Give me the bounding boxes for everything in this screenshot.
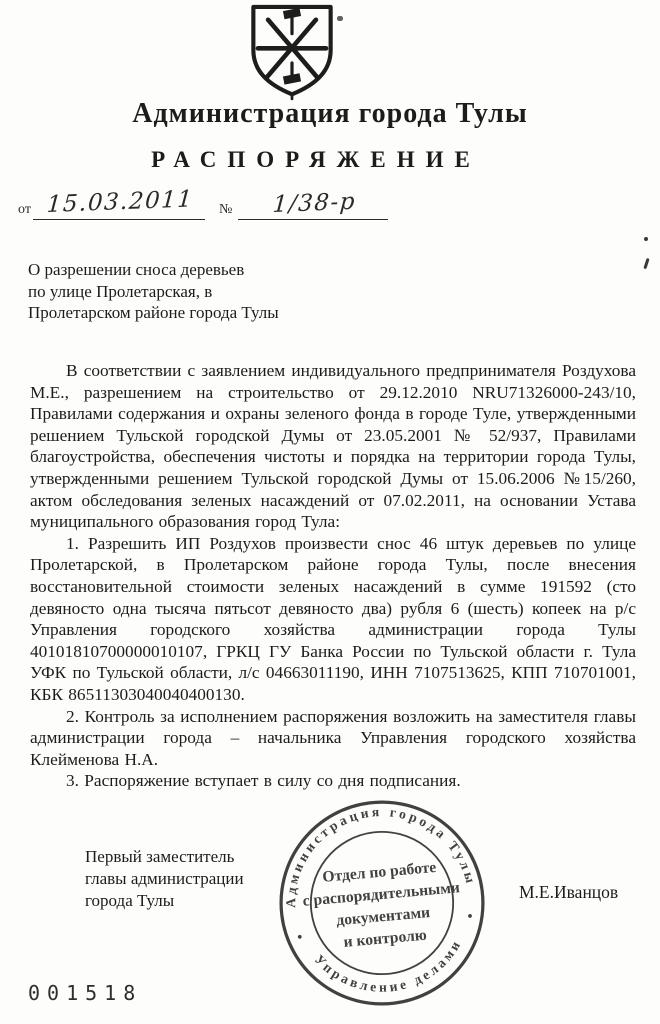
body-paragraph-item-1: 1. Разрешить ИП Роздухов произвести снос… <box>30 533 636 706</box>
stamp-separator-left: • <box>296 929 303 945</box>
body-paragraph-preamble: В соответствии с заявлением индивидуальн… <box>30 360 636 533</box>
scan-speck <box>643 258 649 269</box>
date-label: от <box>18 202 31 217</box>
signer-title-line: города Тулы <box>85 890 244 912</box>
document-page: Администрация города Тулы РАСПОРЯЖЕНИЕ о… <box>0 0 660 1024</box>
stamp-center-line: и контролю <box>343 927 428 951</box>
body-paragraph-item-3: 3. Распоряжение вступает в силу со дня п… <box>30 770 636 792</box>
signer-title-line: Первый заместитель <box>85 846 244 868</box>
stamp-center-line: документами <box>336 904 431 929</box>
number-label: № <box>219 202 232 217</box>
signer-title: Первый заместитель главы администрации г… <box>85 846 244 912</box>
round-stamp: Администрация города Тулы Управление дел… <box>271 792 493 1014</box>
stamp-separator-right: • <box>467 908 474 924</box>
subject-block: О разрешении сноса деревьев по улице Про… <box>28 259 279 324</box>
subject-line: Пролетарском районе города Тулы <box>28 302 279 324</box>
registration-stamp-number: 001518 <box>28 981 142 1005</box>
date-field: 15.03.2011 <box>33 193 205 220</box>
organization-name: Администрация города Тулы <box>0 98 660 130</box>
scan-speck <box>337 16 343 21</box>
handwritten-date: 15.03.2011 <box>46 186 194 218</box>
signer-name: М.Е.Иванцов <box>519 882 618 903</box>
document-type-title: РАСПОРЯЖЕНИЕ <box>0 147 646 173</box>
date-number-line: от15.03.2011№1/38-р <box>18 193 638 229</box>
body-paragraph-item-2: 2. Контроль за исполнением распоряжения … <box>30 706 636 771</box>
scan-speck <box>644 237 648 241</box>
number-field: 1/38-р <box>238 193 388 220</box>
signer-title-line: главы администрации <box>85 868 244 890</box>
subject-line: О разрешении сноса деревьев <box>28 259 279 281</box>
subject-line: по улице Пролетарская, в <box>28 281 279 303</box>
handwritten-number: 1/38-р <box>272 189 357 218</box>
tula-coat-of-arms-icon <box>246 2 338 102</box>
document-body: В соответствии с заявлением индивидуальн… <box>30 360 636 792</box>
